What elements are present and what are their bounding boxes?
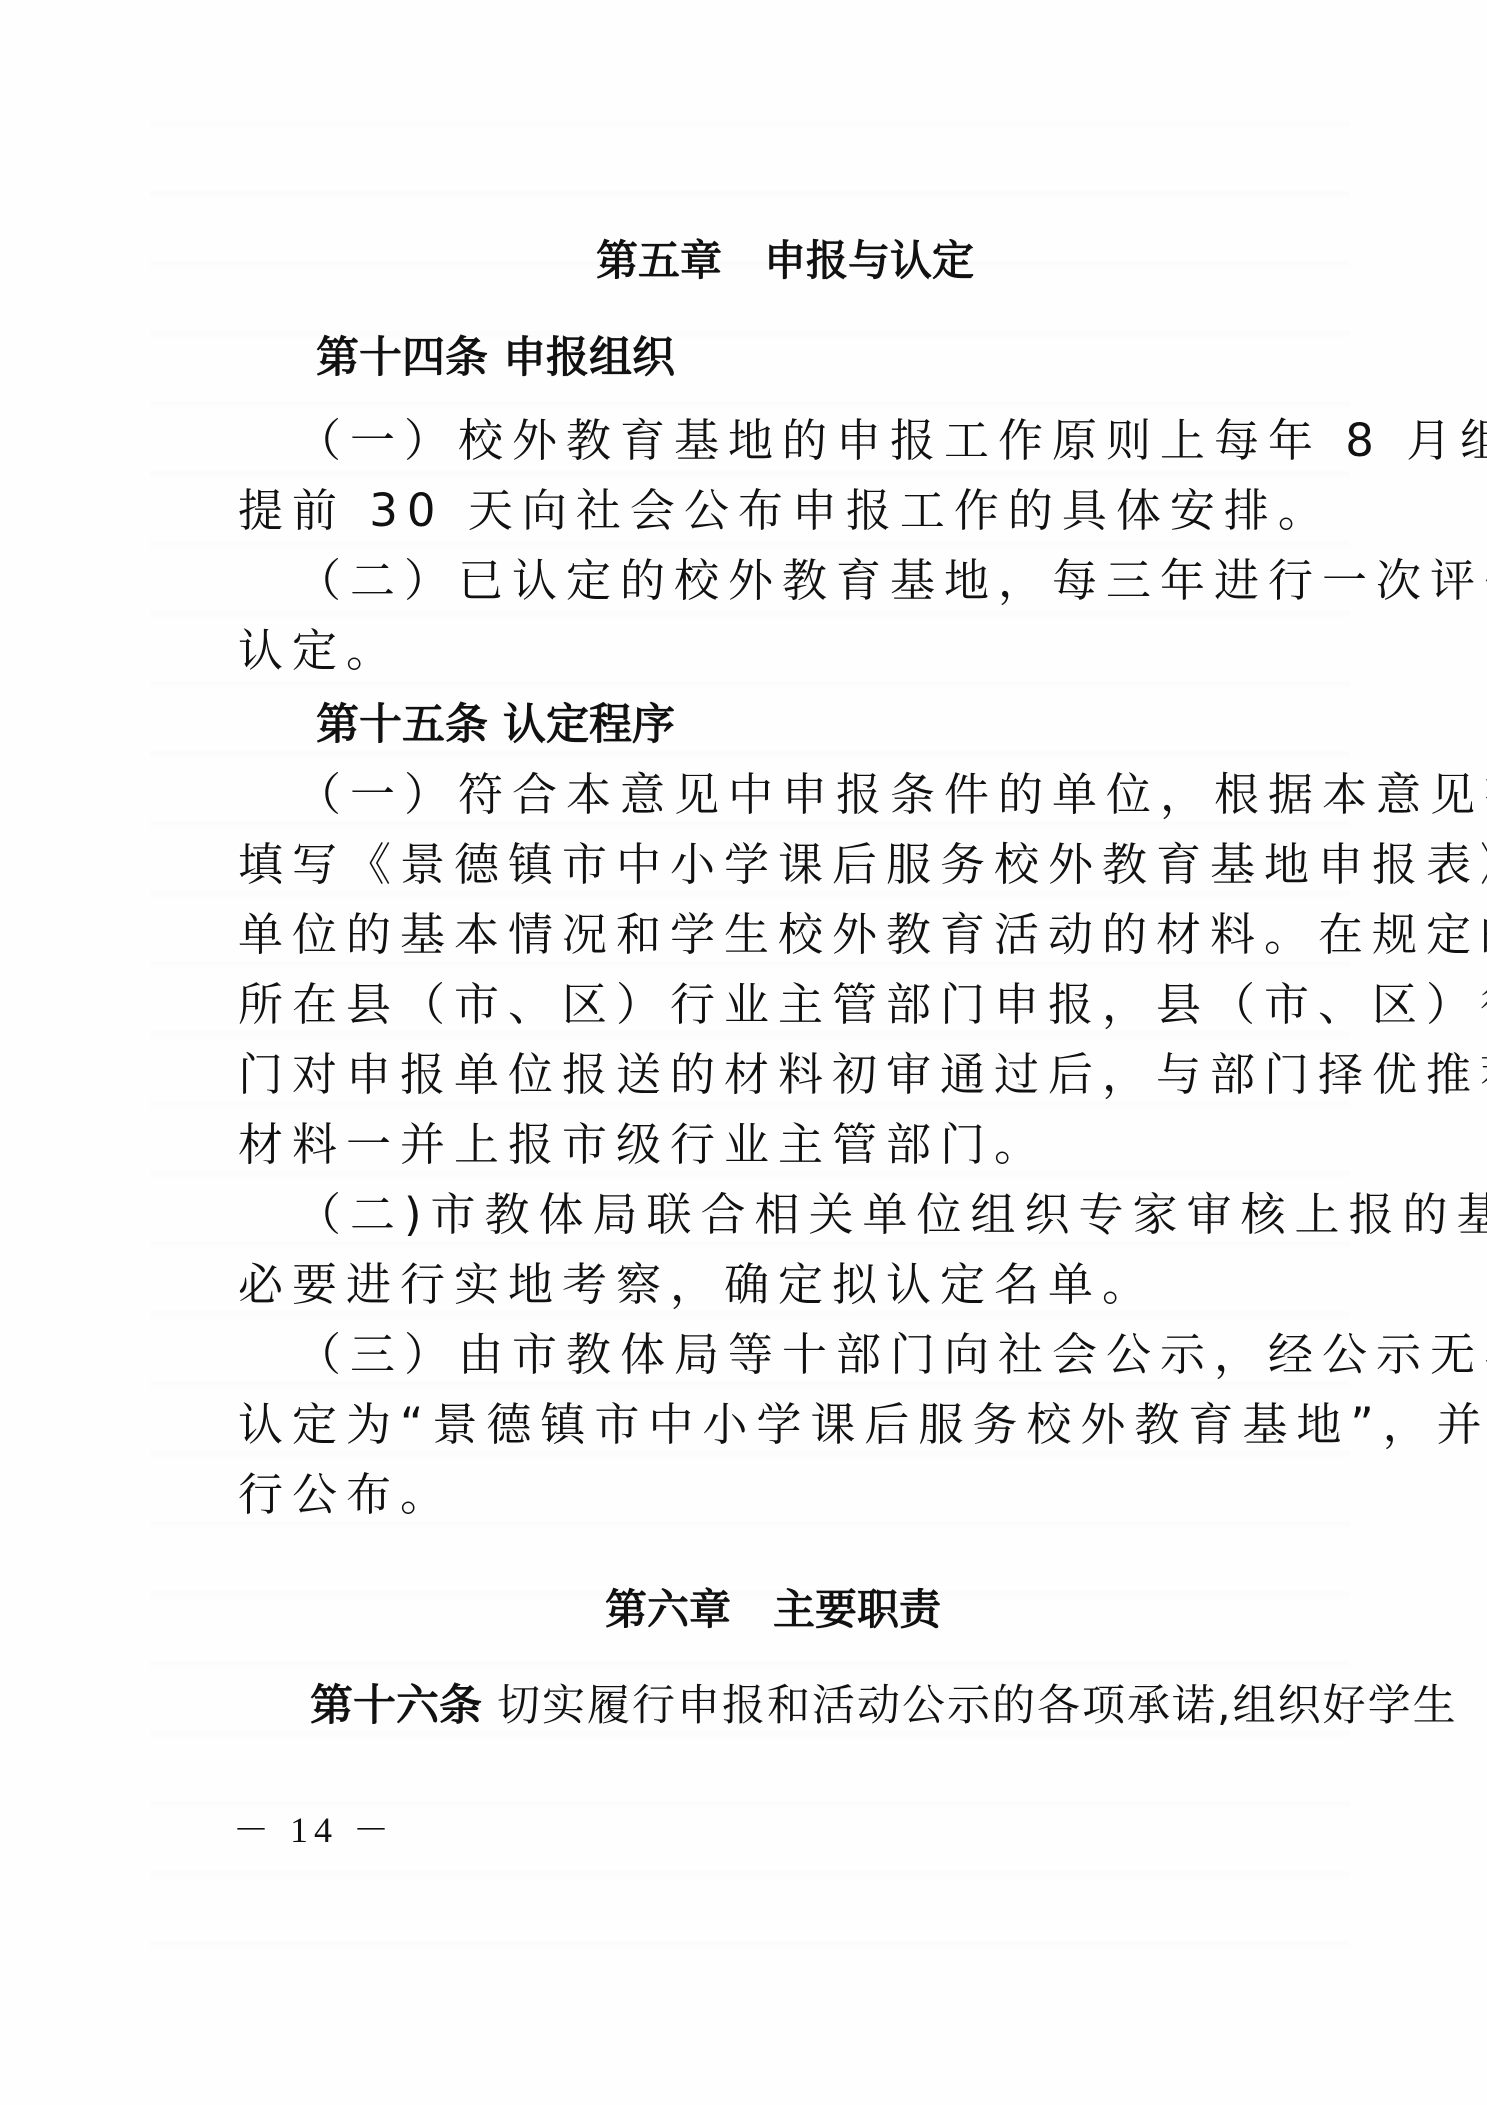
paragraph-line: 单位的基本情况和学生校外教育活动的材料。在规定的时间内向 xyxy=(238,907,1487,963)
paragraph-line: 认定。 xyxy=(238,623,400,679)
paragraph-line: 行公布。 xyxy=(238,1467,454,1523)
paragraph-line: 所在县（市、区）行业主管部门申报，县（市、区）行业主管部 xyxy=(238,977,1487,1033)
article-heading: 第十四条 申报组织 xyxy=(316,330,675,386)
paragraph-line: （三）由市教体局等十部门向社会公示，经公示无异议后， xyxy=(296,1327,1487,1383)
paragraph-line: （二）已认定的校外教育基地，每三年进行一次评估和重新 xyxy=(296,553,1487,609)
paragraph-line: 门对申报单位报送的材料初审通过后，与部门择优推荐基地申报 xyxy=(238,1047,1487,1103)
paragraph-line: 提前 30 天向社会公布申报工作的具体安排。 xyxy=(238,483,1332,539)
paragraph-line: （二)市教体局联合相关单位组织专家审核上报的基地材料， xyxy=(296,1187,1487,1243)
paragraph-line: 填写《景德镇市中小学课后服务校外教育基地申报表》，提供本 xyxy=(238,837,1487,893)
paragraph-line: 认定为“景德镇市中小学课后服务校外教育基地”，并向社会进 xyxy=(238,1397,1487,1453)
document-page: 第五章 申报与认定 第十四条 申报组织 （一）校外教育基地的申报工作原则上每年 … xyxy=(0,0,1487,2105)
paragraph-line: （一）校外教育基地的申报工作原则上每年 8 月组织一次， xyxy=(296,413,1487,469)
chapter-title: 第六章 主要职责 xyxy=(605,1582,941,1638)
article-heading: 第十五条 认定程序 xyxy=(316,697,675,753)
paragraph-line: 必要进行实地考察，确定拟认定名单。 xyxy=(238,1257,1156,1313)
article-heading: 第十六条 切实履行申报和活动公示的各项承诺,组织好学生 xyxy=(310,1678,1458,1734)
article-number: 第十六条 xyxy=(310,1681,482,1731)
chapter-title: 第五章 申报与认定 xyxy=(596,233,974,289)
page-number: － 14 － xyxy=(233,1810,395,1850)
paragraph-line: （一）符合本意见中申报条件的单位，根据本意见有关条款 xyxy=(296,767,1487,823)
article-text: 切实履行申报和活动公示的各项承诺,组织好学生 xyxy=(497,1681,1458,1731)
paragraph-line: 材料一并上报市级行业主管部门。 xyxy=(238,1117,1048,1173)
